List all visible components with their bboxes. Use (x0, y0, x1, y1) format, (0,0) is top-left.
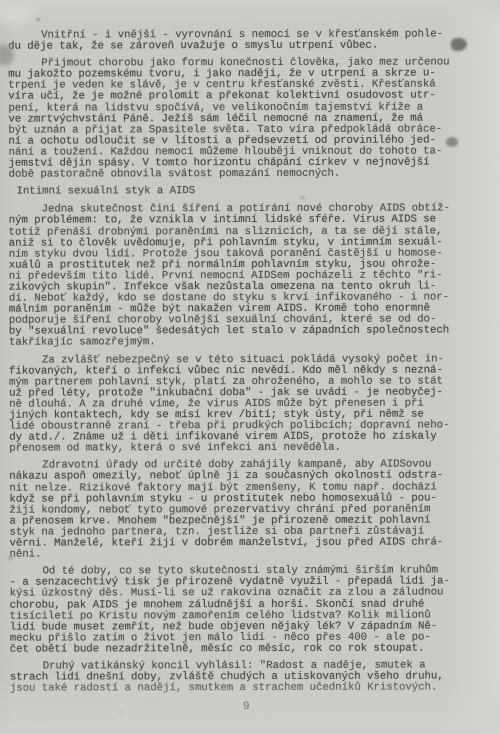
text-line: styk na jednoho partnera, tzn. jestliže … (9, 526, 493, 538)
text-line: Za zvlášť nebezpečný se v této situaci p… (9, 354, 493, 366)
text-line: pení, která na lidstvu spočívá, ve velik… (8, 102, 492, 114)
text-line: mým partnerem pohlavní styk, platí za oh… (9, 376, 493, 388)
paragraph: Zdravotní úřady od určité doby zahájily … (9, 460, 493, 561)
text-line: přenosem od matky, která o své infekci a… (9, 443, 493, 455)
text-line: lidé oboustranně zraní - třeba při prudk… (9, 420, 493, 432)
text-line: podporuje šíření choroby volnější sexuál… (9, 315, 493, 327)
paragraph: Od té doby, co se tyto skutečnosti staly… (10, 566, 494, 656)
paragraph: Druhý vatikánský koncil vyhlásil: "Rados… (10, 660, 494, 695)
text-line: tisíciletí po Kristu novým zamořením cel… (10, 610, 494, 622)
text-line: jsou také radostí a nadějí, smutkem a st… (10, 683, 494, 695)
section-heading-text: Intimní sexuální styk a AIDS (17, 186, 493, 198)
text-line: takříkajíc samozřejmým. (9, 337, 493, 349)
text-line: nání a toužení. Každou nemocí můžeme hlo… (8, 146, 492, 158)
text-line: kýsi úzkostný děs. Musí-li se už rakovin… (10, 588, 494, 600)
text-line: Druhý vatikánský koncil vyhlásil: "Rados… (10, 660, 494, 672)
text-line: Přijmout chorobu jako formu konečnosti č… (8, 58, 492, 70)
text-line: Jedna skutečnost činí šíření a potírání … (9, 204, 493, 216)
text-line: být uznán a přijat za Spasitele světa. T… (8, 124, 492, 136)
text-line: totiž přenáší drobnými poraněními na sli… (9, 226, 493, 238)
paragraph: Vnitřní - i vnější - vyrovnání s nemocí … (8, 29, 492, 52)
section-heading: Intimní sexuální styk a AIDS (17, 186, 493, 198)
text-line: ním styku dvou lidí. Protože jsou taková… (9, 248, 493, 260)
text-column: Vnitřní - i vnější - vyrovnání s nemocí … (8, 29, 494, 701)
text-line: Od té doby, co se tyto skutečnosti staly… (10, 566, 494, 578)
text-line: dí. Neboť každý, kdo se dostane do styku… (9, 292, 493, 304)
paragraph: Přijmout chorobu jako formu konečnosti č… (8, 58, 492, 181)
text-line: žijí kondomy, neboť tyto gumové prezerva… (9, 504, 493, 516)
text-line: čet obětí bude nezadržitelně, měsíc co m… (10, 643, 494, 655)
text-line: ni především tito lidé. První nemocní AI… (9, 270, 493, 282)
page-number: 9 (243, 701, 251, 713)
text-line: Zdravotní úřady od určité doby zahájily … (9, 460, 493, 472)
ink-speck (36, 18, 40, 21)
text-line: Vnitřní - i vnější - vyrovnání s nemocí … (8, 29, 492, 41)
scanned-page: Vnitřní - i vnější - vyrovnání s nemocí … (0, 0, 500, 734)
text-line: době pastoračně obnovila svátost pomazán… (8, 168, 492, 180)
text-line: nit nelze. Rizikové faktory mají být zme… (9, 482, 493, 494)
text-line: mecku přišlo zatím o život jen málo lidí… (10, 632, 494, 644)
text-line: du děje tak, že se zároveň uvažuje o smy… (8, 40, 492, 52)
paragraph: Za zvlášť nebezpečný se v této situaci p… (9, 354, 493, 455)
text-line: trpení je veden ke slávě, je v centru kř… (8, 80, 492, 92)
ink-speck (118, 711, 124, 714)
text-line: ně dlouhá. A za druhé víme, že virus AID… (9, 398, 493, 410)
text-line: něni. (9, 548, 493, 560)
paragraph: Jedna skutečnost činí šíření a potírání … (9, 204, 493, 349)
scan-light-patch (0, 0, 34, 22)
